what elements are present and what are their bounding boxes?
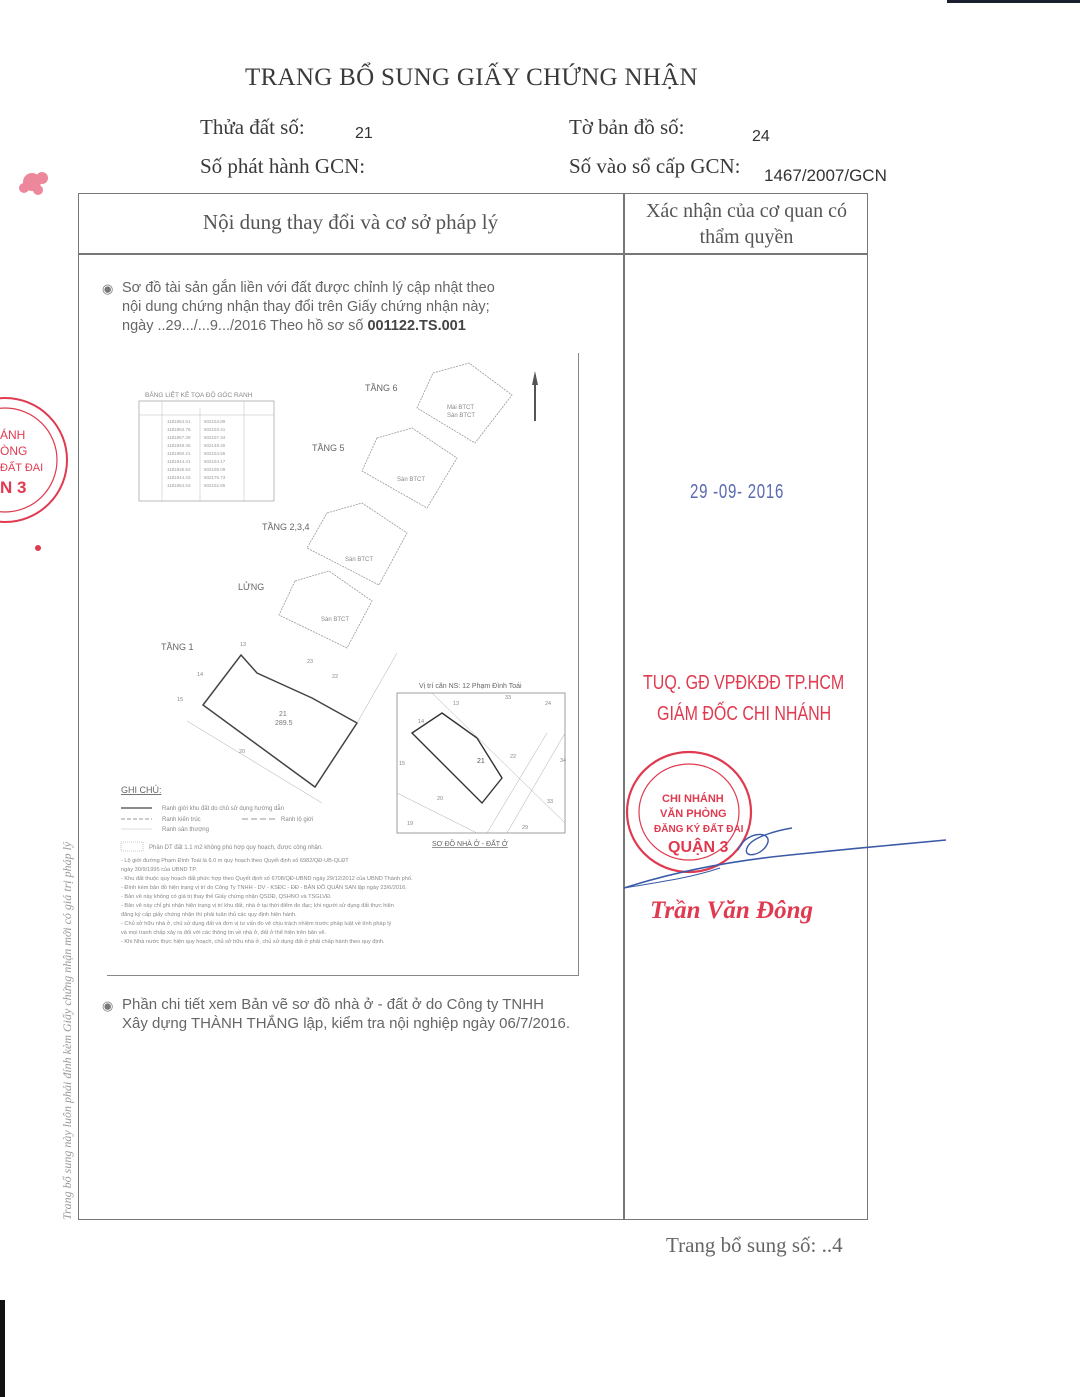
- svg-text:1181850.21: 1181850.21: [167, 451, 191, 456]
- svg-text:- Bản vẽ này không có giá trị: - Bản vẽ này không có giá trị thay thế G…: [121, 894, 332, 900]
- column-header-certification: Xác nhận của cơ quan có thẩm quyền: [625, 198, 868, 250]
- svg-text:Ranh sân thượng: Ranh sân thượng: [162, 827, 209, 833]
- svg-text:289.5: 289.5: [275, 720, 293, 727]
- svg-text:33: 33: [547, 799, 553, 805]
- svg-text:TẦNG 1: TẦNG 1: [161, 642, 194, 652]
- authority-line-2: GIÁM ĐỐC CHI NHÁNH: [657, 703, 831, 726]
- date-stamp: 29 -09- 2016: [690, 481, 784, 504]
- signer-name: Trần Văn Đông: [650, 897, 813, 925]
- svg-text:TẦNG 5: TẦNG 5: [312, 443, 345, 453]
- svg-text:15: 15: [399, 761, 405, 767]
- svg-text:Sàn BTCT: Sàn BTCT: [321, 617, 349, 623]
- svg-text:1181826.52: 1181826.52: [167, 467, 191, 472]
- svg-text:1181848.35: 1181848.35: [167, 443, 191, 448]
- svg-text:34: 34: [560, 758, 566, 764]
- svg-text:- Chủ sở hữu nhà ở, chủ sử dụn: - Chủ sở hữu nhà ở, chủ sử dụng đất và đ…: [121, 920, 392, 927]
- svg-text:ĐẤT ĐAI: ĐẤT ĐAI: [0, 461, 43, 474]
- registry-number-value: 1467/2007/GCN: [764, 166, 887, 186]
- svg-text:- Lộ giới đường Phạm Đình Toái: - Lộ giới đường Phạm Đình Toái là 6.0 m …: [121, 858, 349, 864]
- svg-text:Ranh giới khu đất do chủ sử dụ: Ranh giới khu đất do chủ sử dụng hướng d…: [162, 805, 284, 812]
- page-number: Trang bổ sung số: ..4: [666, 1233, 843, 1258]
- svg-text:đăng ký cấp giấy chứng nhận th: đăng ký cấp giấy chứng nhận thì phải tuâ…: [121, 911, 297, 918]
- svg-text:TẦNG 6: TẦNG 6: [365, 383, 398, 393]
- survey-drawing-svg: BẢNG LIỆT KÊ TỌA ĐỘ GÓC RANH 1181854.516…: [107, 353, 579, 976]
- svg-text:21: 21: [279, 711, 287, 718]
- svg-text:GHI CHÚ:: GHI CHÚ:: [121, 785, 162, 795]
- scan-edge-bar: [947, 0, 1080, 3]
- partial-red-seal-top: [10, 168, 52, 204]
- column-header-changes: Nội dung thay đổi và cơ sở pháp lý: [78, 210, 623, 235]
- side-note-vertical: Trang bổ sung này luôn phải đính kèm Giấ…: [60, 842, 75, 1220]
- svg-text:602169.09: 602169.09: [204, 467, 226, 472]
- svg-text:1181857.39: 1181857.39: [167, 435, 191, 440]
- bullet-icon: ◉: [102, 998, 113, 1014]
- svg-text:- Bản vẽ này chỉ ghi nhận hiện: - Bản vẽ này chỉ ghi nhận hiện trạng vị …: [121, 902, 394, 909]
- svg-text:Sàn BTCT: Sàn BTCT: [447, 413, 475, 419]
- svg-text:1181844.33: 1181844.33: [167, 475, 191, 480]
- svg-text:14: 14: [197, 672, 203, 678]
- parcel-number-label: Thửa đất số:: [200, 115, 305, 140]
- svg-text:602164.17: 602164.17: [204, 459, 226, 464]
- svg-text:N 3: N 3: [0, 478, 26, 497]
- svg-text:24: 24: [545, 701, 551, 707]
- signature: [620, 820, 950, 900]
- svg-text:Mái BTCT: Mái BTCT: [447, 405, 474, 411]
- svg-text:1181854.51: 1181854.51: [167, 419, 191, 424]
- svg-text:33: 33: [505, 695, 511, 701]
- registry-number-label: Số vào sổ cấp GCN:: [569, 154, 741, 179]
- svg-text:13: 13: [453, 701, 459, 707]
- svg-text:Vị trí căn NS: 12 Phạm Đình To: Vị trí căn NS: 12 Phạm Đình Toái: [419, 683, 522, 690]
- svg-text:SƠ ĐỒ NHÀ Ở - ĐẤT Ở: SƠ ĐỒ NHÀ Ở - ĐẤT Ở: [432, 838, 508, 848]
- svg-text:20: 20: [239, 749, 245, 755]
- svg-text:602154.55: 602154.55: [204, 451, 226, 456]
- map-sheet-value: 24: [752, 128, 770, 146]
- svg-text:ngày 30/9/1995 của UBND TP.: ngày 30/9/1995 của UBND TP.: [121, 866, 197, 873]
- svg-text:Sàn BTCT: Sàn BTCT: [397, 477, 425, 483]
- svg-text:Sàn BTCT: Sàn BTCT: [345, 557, 373, 563]
- svg-text:và mọi tranh chấp xảy ra đối v: và mọi tranh chấp xảy ra đối với các thô…: [121, 929, 326, 936]
- svg-text:1181844.41: 1181844.41: [167, 459, 191, 464]
- svg-text:602153.41: 602153.41: [204, 427, 226, 432]
- svg-text:602157.34: 602157.34: [204, 435, 226, 440]
- svg-text:22: 22: [510, 754, 516, 760]
- issue-number-label: Số phát hành GCN:: [200, 154, 365, 179]
- svg-text:1181853.76: 1181853.76: [167, 427, 191, 432]
- svg-text:602148.40: 602148.40: [204, 443, 226, 448]
- svg-text:TẦNG 2,3,4: TẦNG 2,3,4: [262, 522, 310, 532]
- svg-text:- Khi Nhà nước thực hiện quy h: - Khi Nhà nước thực hiện quy hoạch, chủ …: [121, 938, 385, 945]
- svg-text:15: 15: [177, 697, 183, 703]
- svg-text:22: 22: [332, 674, 338, 680]
- svg-text:BẢNG LIỆT KÊ TỌA ĐỘ GÓC RANH: BẢNG LIỆT KÊ TỌA ĐỘ GÓC RANH: [145, 390, 253, 399]
- svg-text:602153.89: 602153.89: [204, 419, 226, 424]
- svg-text:Phần DT đất 1.1 m2 không phù h: Phần DT đất 1.1 m2 không phù hợp quy hoạ…: [149, 845, 323, 851]
- parcel-number-value: 21: [355, 125, 373, 143]
- left-seal-line-1: ÁNH: [0, 427, 25, 442]
- scan-edge-bar-left: [0, 1300, 5, 1397]
- column-divider: [623, 193, 625, 1220]
- svg-text:20: 20: [437, 796, 443, 802]
- bullet-icon: ◉: [102, 281, 113, 297]
- svg-text:23: 23: [307, 659, 313, 665]
- svg-text:Ranh kiến trúc: Ranh kiến trúc: [162, 817, 201, 823]
- svg-text:- Đính kèm bản đồ hiện trạng v: - Đính kèm bản đồ hiện trạng vị trí do C…: [121, 884, 407, 891]
- svg-text:21: 21: [477, 758, 485, 765]
- partial-red-seal-left: ÁNH ÒNG ĐẤT ĐAI N 3: [0, 385, 75, 555]
- svg-text:602152.86: 602152.86: [204, 483, 226, 488]
- page-number-value: ..4: [822, 1233, 843, 1257]
- svg-text:1181854.53: 1181854.53: [167, 483, 191, 488]
- svg-text:- Khu đất thuộc quy hoạch đất: - Khu đất thuộc quy hoạch đất phức hợp t…: [121, 875, 413, 882]
- svg-text:602175.73: 602175.73: [204, 475, 226, 480]
- header-divider: [78, 253, 868, 255]
- map-sheet-label: Tờ bản đồ số:: [569, 115, 685, 140]
- authority-line-1: TUQ. GĐ VPĐKĐĐ TP.HCM: [643, 672, 844, 695]
- entry-1-text: Sơ đồ tài sản gắn liền với đất được chỉn…: [122, 279, 592, 336]
- svg-text:14: 14: [418, 719, 424, 725]
- svg-text:LỬNG: LỬNG: [238, 581, 264, 592]
- svg-text:29: 29: [522, 825, 528, 831]
- svg-text:VĂN PHÒNG: VĂN PHÒNG: [660, 807, 727, 820]
- svg-text:19: 19: [407, 821, 413, 827]
- page-title: TRANG BỔ SUNG GIẤY CHỨNG NHẬN: [245, 64, 698, 92]
- svg-text:Ranh lộ giới: Ranh lộ giới: [281, 817, 313, 823]
- svg-text:CHI NHÁNH: CHI NHÁNH: [662, 792, 724, 805]
- svg-text:13: 13: [240, 642, 246, 648]
- svg-text:ÒNG: ÒNG: [0, 443, 27, 458]
- entry-2-text: Phần chi tiết xem Bản vẽ sơ đồ nhà ở - đ…: [122, 995, 602, 1033]
